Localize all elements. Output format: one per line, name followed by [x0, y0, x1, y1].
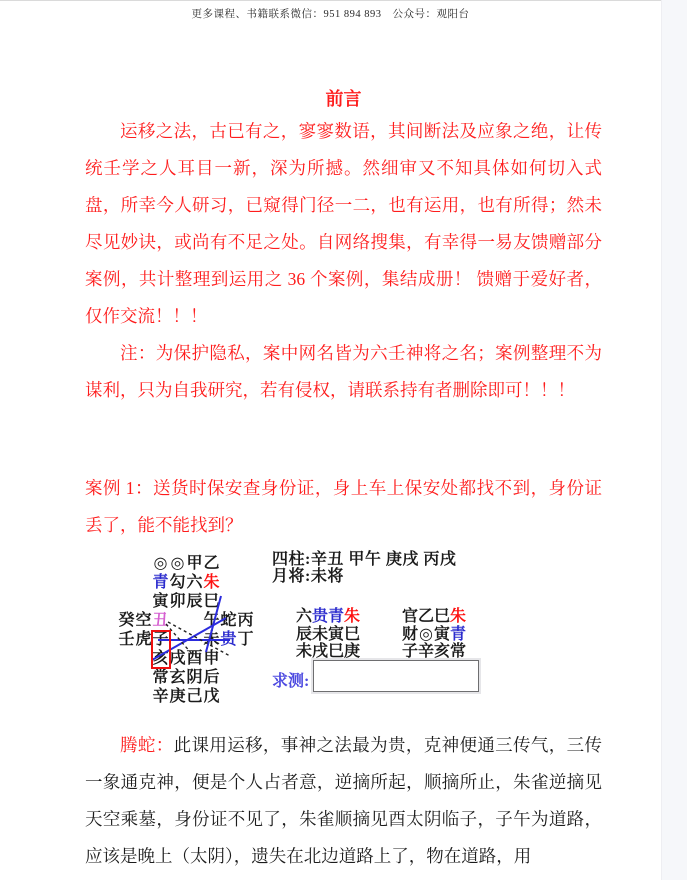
document-page: { "colors": { "black": "#1b1b1b", "red":… [0, 0, 687, 880]
table-cell: 巳 [328, 643, 344, 661]
tianpan-cell: 己 [186, 687, 203, 706]
tianpan-cell: 甲 [186, 554, 203, 573]
table-cell: 亥 [434, 643, 450, 661]
table-cell: 巳 [434, 608, 450, 626]
four-pillars-line: 四柱:辛丑 甲午 庚戌 丙戌 [272, 551, 456, 568]
analysis-label: 腾蛇： [120, 735, 174, 755]
three-transmissions-table: 六贵青朱辰未寅巳未戌巳庚 [296, 608, 360, 661]
contact-header: 更多课程、书籍联系微信：951 894 893 公众号：观阳台 [0, 6, 661, 21]
tianpan-cell: 戌 [169, 649, 186, 668]
table-row: 财◎寅青 [402, 626, 466, 644]
table-cell: ◎ [418, 626, 434, 644]
tianpan-cell: 蛇 [220, 611, 237, 630]
highlight-box [151, 630, 171, 669]
tianpan-cell: 虎 [135, 630, 152, 649]
qiuce-label: 求测: [272, 668, 309, 691]
table-cell: 青 [450, 626, 466, 644]
tianpan-cell: 卯 [169, 592, 186, 611]
tianpan-cell: 丁 [237, 630, 254, 649]
tianpan-cell: 后 [203, 668, 220, 687]
tianpan-cell: 六 [186, 573, 203, 592]
tianpan-cell: 申 [203, 649, 220, 668]
table-cell: 官 [402, 608, 418, 626]
table-cell: 寅 [434, 626, 450, 644]
tianpan-cell: 辛 [152, 687, 169, 706]
tianpan-cell: 玄 [169, 668, 186, 687]
liuren-plate: ◎◎甲乙青勾六朱寅卯辰巳癸空丑午蛇丙壬虎子未贵丁亥戌酉申常玄阴后辛庚己戊 [118, 554, 254, 706]
tianpan-cell: 空 [135, 611, 152, 630]
document-content: 前言 运移之法，古已有之，寥寥数语，其间断法及应象之绝，让传统壬学之人耳目一新，… [85, 85, 602, 875]
tianpan-cell: 阴 [186, 668, 203, 687]
case1-chart-section: ◎◎甲乙青勾六朱寅卯辰巳癸空丑午蛇丙壬虎子未贵丁亥戌酉申常玄阴后辛庚己戊 四柱:… [85, 549, 602, 712]
table-cell: 未 [312, 626, 328, 644]
case1-heading: 案例 1：送货时保安查身份证，身上车上保安处都找不到，身份证丢了，能不能找到？ [85, 470, 602, 544]
table-cell: 巳 [344, 626, 360, 644]
tianpan-cell: 丙 [237, 611, 254, 630]
scrollbar-track[interactable] [661, 0, 687, 880]
table-cell: 寅 [328, 626, 344, 644]
preface-paragraph-1: 运移之法，古已有之，寥寥数语，其间断法及应象之绝，让传统壬学之人耳目一新，深为所… [85, 113, 602, 335]
table-row: 未戌巳庚 [296, 643, 360, 661]
tianpan-cell: 常 [152, 668, 169, 687]
table-cell: 财 [402, 626, 418, 644]
table-row: 官乙巳朱 [402, 608, 466, 626]
tianpan-cell: 乙 [203, 554, 220, 573]
table-cell: 朱 [450, 608, 466, 626]
table-cell: 戌 [312, 643, 328, 661]
document-paper: 更多课程、书籍联系微信：951 894 893 公众号：观阳台 前言 运移之法，… [0, 0, 661, 880]
tianpan-cell: 午 [203, 611, 220, 630]
analysis-paragraph: 腾蛇：此课用运移，事神之法最为贵，克神便通三传气，三传一象通克神，便是个人占者意… [85, 727, 602, 875]
tianpan-cell: ◎ [169, 554, 186, 573]
four-lessons-table: 官乙巳朱财◎寅青子辛亥常 [402, 608, 466, 661]
table-cell: 朱 [344, 608, 360, 626]
tianpan-cell: 巳 [203, 592, 220, 611]
preface-paragraph-2: 注：为保护隐私，案中网名皆为六壬神将之名；案例整理不为谋利，只为自我研究，若有侵… [85, 335, 602, 409]
tianpan-cell: 未 [203, 630, 220, 649]
table-cell: 常 [450, 643, 466, 661]
tianpan-cell: 寅 [152, 592, 169, 611]
table-cell: 辛 [418, 643, 434, 661]
table-cell: 乙 [418, 608, 434, 626]
tianpan-cell: 癸 [118, 611, 135, 630]
table-row: 子辛亥常 [402, 643, 466, 661]
table-cell: 贵 [312, 608, 328, 626]
tianpan-cell: 酉 [186, 649, 203, 668]
tianpan-cell: ◎ [152, 554, 169, 573]
month-general-line: 月将:未将 [272, 568, 344, 585]
table-cell: 青 [328, 608, 344, 626]
tianpan-cell: 贵 [220, 630, 237, 649]
tianpan-cell: 勾 [169, 573, 186, 592]
table-cell: 庚 [344, 643, 360, 661]
tianpan-cell: 丑 [152, 611, 169, 630]
preface-title: 前言 [85, 85, 602, 111]
table-cell: 辰 [296, 626, 312, 644]
table-cell: 未 [296, 643, 312, 661]
table-row: 辰未寅巳 [296, 626, 360, 644]
table-cell: 子 [402, 643, 418, 661]
tianpan-cell: 庚 [169, 687, 186, 706]
tianpan-cell: 青 [152, 573, 169, 592]
table-row: 六贵青朱 [296, 608, 360, 626]
tianpan-cell: 朱 [203, 573, 220, 592]
tianpan-cell: 壬 [118, 630, 135, 649]
table-cell: 六 [296, 608, 312, 626]
tianpan-cell: 辰 [186, 592, 203, 611]
tianpan-cell: 戊 [203, 687, 220, 706]
four-pillars-block: 四柱:辛丑 甲午 庚戌 丙戌 月将:未将 [272, 551, 456, 585]
qiuce-input[interactable] [313, 660, 479, 692]
